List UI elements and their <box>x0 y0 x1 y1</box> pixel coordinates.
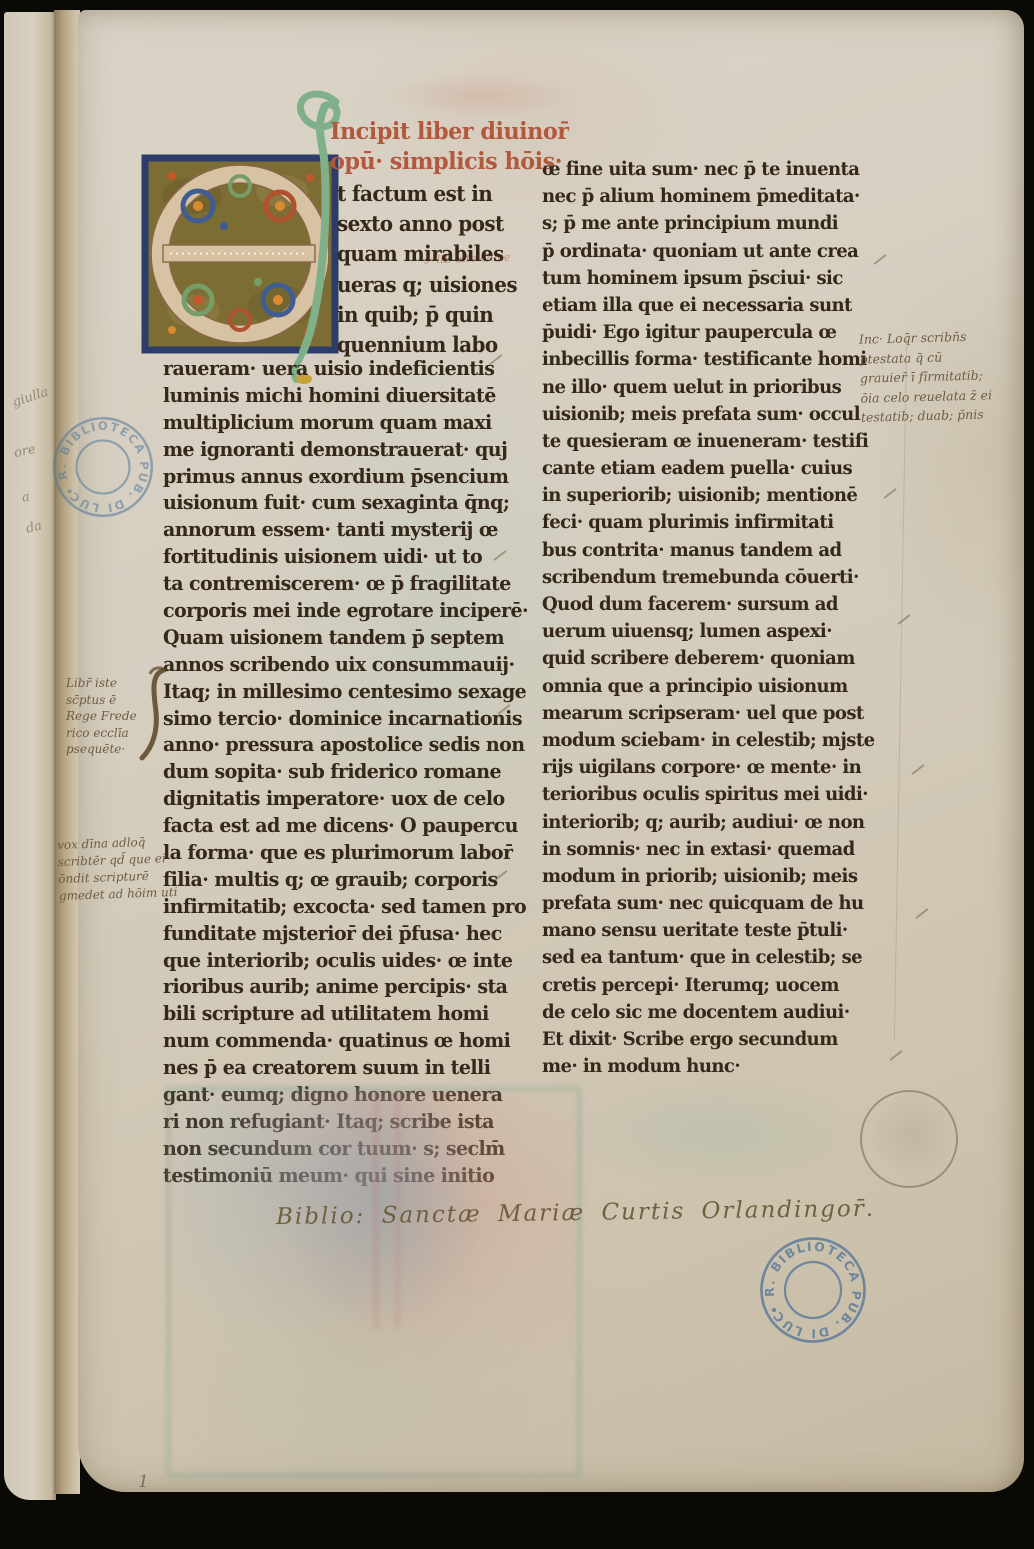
text-line: sexto anno post <box>337 211 517 241</box>
text-line: œ fine uita sum· nec p̄ te inuenta <box>542 158 875 185</box>
text-line: anno· pressura apostolice sedis non <box>163 732 528 759</box>
text-line: annorum essem· tanti mysterij œ <box>163 517 528 544</box>
text-line: rijs uigilans corpore· œ mente· in <box>542 756 875 783</box>
text-line: p̄uidi· Ego igitur paupercula œ <box>542 321 875 348</box>
text-line: Et dixit· Scribe ergo secundum <box>542 1028 875 1055</box>
text-line: luminis michi homini diuersitatē <box>163 383 528 410</box>
rubric-line: opū· simplicis hōis· <box>330 148 573 178</box>
text-line: infirmitatib; excocta· sed tamen pro <box>163 894 528 921</box>
right-margin-gloss: Inc· Loq̄r scribn̄sptestata q̄ cūgrauier… <box>859 328 993 429</box>
left-margin-gloss-upper: Libr̄ istesc̄ptus ēRege Frederico ecclīa… <box>66 676 137 759</box>
initial-letter-bar <box>163 245 315 262</box>
gloss-line: sc̄ptus ē <box>66 693 137 710</box>
text-line: uisionib; meis prefata sum· occul <box>542 403 875 430</box>
flyleaf-fragment: a <box>21 489 31 505</box>
text-line: primus annus exordium p̄sencium <box>163 464 528 491</box>
text-line: modum sciebam· in celestib; mjste <box>542 729 875 756</box>
text-line: te quesieram œ inueneram· testifi <box>542 430 875 457</box>
text-line: mano sensu ueritate teste p̄tuli· <box>542 919 875 946</box>
text-line: ta contremiscerem· œ p̄ fragilitate <box>163 571 528 598</box>
text-line: me· in modum hunc· <box>542 1055 875 1082</box>
pen-flourish <box>136 664 170 764</box>
text-line: funditate mjsterior̄ dei p̄fusa· hec <box>163 921 528 948</box>
gloss-line: psequēte· <box>66 742 137 759</box>
text-line: p̄ ordinata· quoniam ut ante crea <box>542 240 875 267</box>
gloss-line: Libr̄ iste <box>66 676 137 693</box>
text-line: in superiorib; uisionib; mentionē <box>542 484 875 511</box>
text-line: t factum est in <box>337 181 517 211</box>
column1-opening-lines: t factum est insexto anno postquam mirab… <box>337 181 517 362</box>
text-line: Quod dum facerem· sursum ad <box>542 593 875 620</box>
photo-background: giullaoreada <box>0 0 1034 1549</box>
flyleaf-edge: giullaoreada <box>4 12 56 1500</box>
text-line: Quam uisionem tandem p̄ septem <box>163 625 528 652</box>
text-line: ne illo· quem uelut in prioribus <box>542 376 875 403</box>
text-line: nec p̄ alium hominem p̄meditata· <box>542 185 875 212</box>
text-line: prefata sum· nec quicquam de hu <box>542 892 875 919</box>
text-line: in quib; p̄ quin <box>337 302 517 332</box>
text-line: etiam illa que ei necessaria sunt <box>542 294 875 321</box>
text-line: me ignoranti demonstrauerat· quj <box>163 437 528 464</box>
text-line: simo tercio· dominice incarnationis <box>163 706 528 733</box>
text-line: facta est ad me dicens· O paupercu <box>163 813 528 840</box>
text-line: in somnis· nec in extasi· quemad <box>542 838 875 865</box>
text-line: cretis percepi· Iterumq; uocem <box>542 974 875 1001</box>
rubric-line: Incipit liber diuinor̄ <box>330 118 573 148</box>
text-line: bili scripture ad utilitatem homi <box>163 1001 528 1028</box>
text-line: raueram· uera uisio indeficientis <box>163 356 528 383</box>
text-line: cante etiam eadem puella· cuius <box>542 457 875 484</box>
text-line: sed ea tantum· que in celestib; se <box>542 946 875 973</box>
miniature-showthrough <box>166 1086 582 1478</box>
text-line: inbecillis forma· testificante homi <box>542 348 875 375</box>
folio-number: 1 <box>138 1472 149 1492</box>
rubric-incipit: Incipit liber diuinor̄opū· simplicis hōi… <box>330 118 573 178</box>
text-line: terioribus oculis spiritus mei uidi· <box>542 783 875 810</box>
text-line: num commenda· quatinus œ homi <box>163 1028 528 1055</box>
showthrough-band <box>582 1082 850 1184</box>
column1-body-lines: raueram· uera uisio indeficientisluminis… <box>163 356 528 1190</box>
text-line: scribendum tremebunda cōuerti· <box>542 566 875 593</box>
faded-ring-stamp <box>860 1090 958 1188</box>
text-line: que interiorib; oculis uides· œ inte <box>163 948 528 975</box>
text-line: dignitatis imperatore· uox de celo <box>163 786 528 813</box>
left-margin-gloss-lower: vox dīna adloq̄scribtēr qd̄ que eiōndit … <box>57 834 178 906</box>
text-line: bus contrita· manus tandem ad <box>542 539 875 566</box>
text-line: dum sopita· sub friderico romane <box>163 759 528 786</box>
text-line: s; p̄ me ante principium mundi <box>542 212 875 239</box>
text-line: modum in priorib; uisionib; meis <box>542 865 875 892</box>
text-line: corporis mei inde egrotare inciperē· <box>163 598 528 625</box>
text-line: la forma· que es plurimorum labor̄ <box>163 840 528 867</box>
gloss-line: Rege Frede <box>66 709 137 726</box>
flyleaf-fragment: da <box>24 518 43 536</box>
text-line: uerum uiuensq; lumen aspexi· <box>542 620 875 647</box>
text-line: quid scribere deberem· quoniam <box>542 647 875 674</box>
text-line: Itaq; in millesimo centesimo sexage <box>163 679 528 706</box>
text-line: rioribus aurib; anime percipis· sta <box>163 974 528 1001</box>
text-line: filia· multis q; œ grauib; corporis <box>163 867 528 894</box>
verso-showthrough-blur <box>388 74 578 118</box>
text-line: uisionum fuit· cum sexaginta q̄nq; <box>163 490 528 517</box>
flyleaf-fragment: giulla <box>11 385 51 411</box>
text-line: interiorib; q; aurib; audiui· œ non <box>542 811 875 838</box>
text-line: fortitudinis uisionem uidi· ut to <box>163 544 528 571</box>
text-line: de celo sic me docentem audiui· <box>542 1001 875 1028</box>
text-line: ueras q; uisiones <box>337 272 517 302</box>
text-line: multiplicium morum quam maxi <box>163 410 528 437</box>
text-line: feci· quam plurimis infirmitati <box>542 511 875 538</box>
text-line: annos scribendo uix consummauij· <box>163 652 528 679</box>
text-line: omnia que a principio uisionum <box>542 675 875 702</box>
gloss-line: testatib; duab; p̄nis <box>861 406 993 429</box>
gloss-line: rico ecclīa <box>66 726 137 743</box>
text-line: nes p̄ ea creatorem suum in telli <box>163 1055 528 1082</box>
text-line: tum hominem ipsum p̄sciui· sic <box>542 267 875 294</box>
text-line: mearum scripseram· uel que post <box>542 702 875 729</box>
column2-lines: œ fine uita sum· nec p̄ te inuentanec p̄… <box>542 158 875 1082</box>
text-line: quam mirabiles <box>337 241 517 271</box>
